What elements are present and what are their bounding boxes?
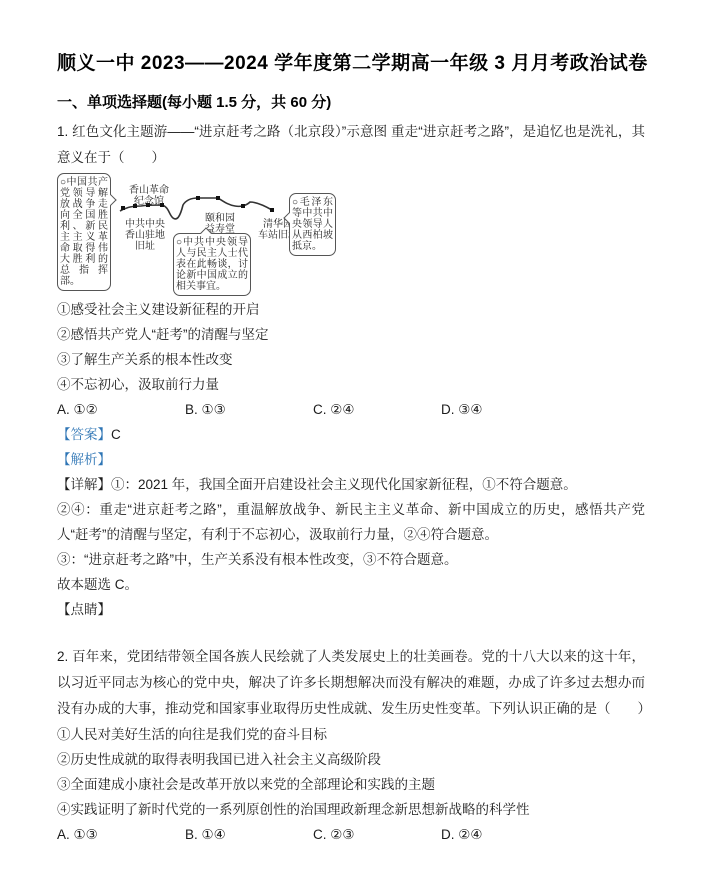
detail-paragraph-3: ③：“进京赶考之路”中，生产关系没有根本性改变，③不符合题意。 xyxy=(57,547,645,572)
station-xiangshan-site-label: 中共中央 香山驻地 旧址 xyxy=(121,219,169,252)
choice-c: C. ②④ xyxy=(313,397,441,422)
question-2: 2. 百年来，党团结带领全国各族人民绘就了人类发展史上的壮美画卷。党的十八大以来… xyxy=(57,644,645,847)
question-1: 1. 红色文化主题游——“进京赶考之路（北京段）”示意图 重走“进京赶考之路”，… xyxy=(57,119,645,622)
route-diagram: ○中国共产党领导解放战争走向全国胜利、新民主主义革命取得伟大胜利的总指挥部。 香… xyxy=(57,173,349,292)
tip-label: 【点睛】 xyxy=(57,597,645,622)
choice-c: C. ②③ xyxy=(313,822,441,847)
callout-arrival: ○毛泽东等中共中央领导人从西柏坡抵京。 xyxy=(289,193,336,256)
question-2-option-4: ④实践证明了新时代党的一系列原创性的治国理政新理念新思想新战略的科学性 xyxy=(57,797,645,822)
conclusion-line: 故本题选 C。 xyxy=(57,572,645,597)
answer-value: C xyxy=(111,427,121,442)
question-2-choices: A. ①③ B. ①④ C. ②③ D. ②④ xyxy=(57,822,645,847)
question-1-option-2: ②感悟共产党人“赶考”的清醒与坚定 xyxy=(57,322,645,347)
question-2-option-2: ②历史性成就的取得表明我国已进入社会主义高级阶段 xyxy=(57,747,645,772)
question-1-stem: 1. 红色文化主题游——“进京赶考之路（北京段）”示意图 重走“进京赶考之路”，… xyxy=(57,119,645,171)
callout-talks-text: ○中共中央领导人与民主人士代表在此畅谈，讨论新中国成立的相关事宜。 xyxy=(176,237,248,292)
question-2-stem: 2. 百年来，党团结带领全国各族人民绘就了人类发展史上的壮美画卷。党的十八大以来… xyxy=(57,644,645,722)
choice-d: D. ③④ xyxy=(441,397,482,422)
question-1-option-1: ①感受社会主义建设新征程的开启 xyxy=(57,297,645,322)
choice-b: B. ①③ xyxy=(185,397,313,422)
choice-b: B. ①④ xyxy=(185,822,313,847)
question-1-option-4: ④不忘初心，汲取前行力量 xyxy=(57,372,645,397)
choice-d: D. ②④ xyxy=(441,822,482,847)
question-2-option-3: ③全面建成小康社会是改革开放以来党的全部理论和实践的主题 xyxy=(57,772,645,797)
question-1-choices: A. ①② B. ①③ C. ②④ D. ③④ xyxy=(57,397,645,422)
detail-paragraph-1: 【详解】①：2021 年，我国全面开启建设社会主义现代化国家新征程，①不符合题意… xyxy=(57,472,645,497)
page-title: 顺义一中 2023——2024 学年度第二学期高一年级 3 月月考政治试卷 xyxy=(57,48,645,75)
analysis-label: 【解析】 xyxy=(57,447,645,472)
answer-line: 【答案】C xyxy=(57,422,645,447)
station-xiangshan-memorial-label: 香山革命 纪念馆 xyxy=(125,185,173,207)
callout-arrival-text: ○毛泽东等中共中央领导人从西柏坡抵京。 xyxy=(292,197,333,252)
question-1-option-3: ③了解生产关系的根本性改变 xyxy=(57,347,645,372)
question-2-option-1: ①人民对美好生活的向往是我们党的奋斗目标 xyxy=(57,722,645,747)
exam-paper-page: 顺义一中 2023——2024 学年度第二学期高一年级 3 月月考政治试卷 一、… xyxy=(0,0,701,877)
choice-a: A. ①③ xyxy=(57,822,185,847)
choice-a: A. ①② xyxy=(57,397,185,422)
callout-talks: ○中共中央领导人与民主人士代表在此畅谈，讨论新中国成立的相关事宜。 xyxy=(173,233,251,296)
section-heading: 一、单项选择题(每小题 1.5 分，共 60 分) xyxy=(57,91,645,112)
detail-paragraph-2: ②④：重走“进京赶考之路”，重温解放战争、新民主主义革命、新中国成立的历史，感悟… xyxy=(57,497,645,547)
callout-headquarters: ○中国共产党领导解放战争走向全国胜利、新民主主义革命取得伟大胜利的总指挥部。 xyxy=(57,173,111,291)
answer-label: 【答案】 xyxy=(57,427,111,442)
callout-headquarters-text: ○中国共产党领导解放战争走向全国胜利、新民主主义革命取得伟大胜利的总指挥部。 xyxy=(60,177,108,287)
